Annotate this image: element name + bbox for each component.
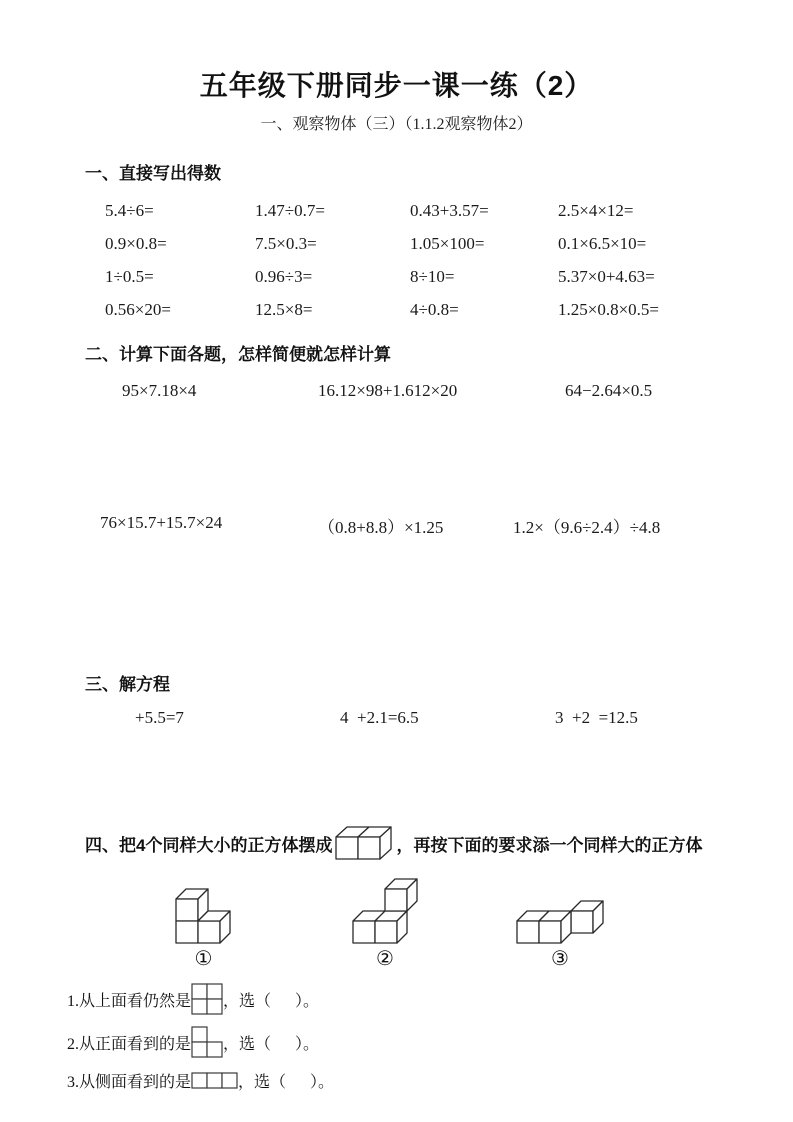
section1-heading: 一、直接写出得数 <box>0 159 793 184</box>
page-title: 五年级下册同步一课一练（2） <box>0 64 793 104</box>
oral-calc-grid: 5.4÷6= 1.47÷0.7= 0.43+3.57= 2.5×4×12= 0.… <box>105 194 793 326</box>
cube-option-2: ② <box>352 878 418 969</box>
view-questions: 1.从上面看仍然是 ，选（ ）。 2.从正面看到的是 ，选（ ）。 3.从侧面看… <box>0 983 793 1092</box>
oral-problem: 2.5×4×12= <box>558 194 793 227</box>
cube-figure-1-icon <box>175 882 232 944</box>
question-1-text: 1.从上面看仍然是 <box>67 988 191 1011</box>
oral-problem: 8÷10= <box>410 260 558 293</box>
oral-problem: 1÷0.5= <box>105 260 255 293</box>
oral-problem: 0.1×6.5×10= <box>558 227 793 260</box>
cube-options-row: ① ② <box>0 878 793 969</box>
section2-heading: 二、计算下面各题，怎样简便就怎样计算 <box>0 340 793 365</box>
section4-heading-prefix: 四、把4个同样大小的正方体摆成 <box>85 831 332 856</box>
question-3-text: 3.从侧面看到的是 <box>67 1069 191 1092</box>
calc-problem: 1.2×（9.6÷2.4）÷4.8 <box>513 513 793 538</box>
calc-problem: 16.12×98+1.612×20 <box>318 381 565 401</box>
figure-label-2: ② <box>376 949 394 969</box>
oral-problem: 12.5×8= <box>255 293 410 326</box>
calc-problem: 76×15.7+15.7×24 <box>100 513 318 538</box>
question-1: 1.从上面看仍然是 ，选（ ）。 <box>67 983 793 1015</box>
equations-row: +5.5=7 4 +2.1=6.5 3 +2 =12.5 <box>135 708 793 728</box>
section4-heading-suffix: ，再按下面的要求添一个同样大的正方体 <box>396 831 702 856</box>
oral-problem: 1.47÷0.7= <box>255 194 410 227</box>
section3-heading: 三、解方程 <box>0 670 793 695</box>
figure-label-3: ③ <box>551 949 569 969</box>
oral-problem: 7.5×0.3= <box>255 227 410 260</box>
question-2-choice-blank: ，选（ ）。 <box>223 1031 319 1054</box>
four-cube-block-icon <box>335 824 393 862</box>
question-3-choice-blank: ，选（ ）。 <box>238 1069 334 1092</box>
calc-problem: 95×7.18×4 <box>122 381 318 401</box>
oral-problem: 1.05×100= <box>410 227 558 260</box>
oral-problem: 0.43+3.57= <box>410 194 558 227</box>
calc-problem: 64−2.64×0.5 <box>565 381 793 401</box>
oral-problem: 0.9×0.8= <box>105 227 255 260</box>
calc-problem: （0.8+8.8）×1.25 <box>318 513 513 538</box>
figure-label-1: ① <box>195 949 213 969</box>
question-3: 3.从侧面看到的是 ，选（ ）。 <box>67 1069 793 1092</box>
page-subtitle: 一、观察物体（三）（1.1.2观察物体2） <box>0 111 793 134</box>
cube-option-3: ③ <box>516 898 604 969</box>
top-view-2x2-grid-icon <box>191 983 223 1015</box>
question-2: 2.从正面看到的是 ，选（ ）。 <box>67 1026 793 1058</box>
oral-problem: 0.96÷3= <box>255 260 410 293</box>
oral-problem: 0.56×20= <box>105 293 255 326</box>
section4-heading: 四、把4个同样大小的正方体摆成 ，再按下面的要求添一个同样大的正方体 <box>0 824 793 862</box>
oral-problem: 1.25×0.8×0.5= <box>558 293 793 326</box>
oral-problem: 4÷0.8= <box>410 293 558 326</box>
question-1-choice-blank: ，选（ ）。 <box>223 988 319 1011</box>
simplify-calc-row-1: 95×7.18×4 16.12×98+1.612×20 64−2.64×0.5 <box>122 381 793 401</box>
oral-problem: 5.4÷6= <box>105 194 255 227</box>
oral-problem: 5.37×0+4.63= <box>558 260 793 293</box>
cube-option-1: ① <box>175 882 232 969</box>
cube-figure-2-icon <box>352 878 418 944</box>
side-view-row3-icon <box>191 1072 238 1089</box>
simplify-calc-row-2: 76×15.7+15.7×24 （0.8+8.8）×1.25 1.2×（9.6÷… <box>100 513 793 538</box>
cube-figure-3-icon <box>516 898 604 944</box>
worksheet-page: 五年级下册同步一课一练（2） 一、观察物体（三）（1.1.2观察物体2） 一、直… <box>0 0 793 1122</box>
equation: 3 +2 =12.5 <box>555 708 793 728</box>
front-view-L-shape-icon <box>191 1026 223 1058</box>
equation: 4 +2.1=6.5 <box>340 708 555 728</box>
question-2-text: 2.从正面看到的是 <box>67 1031 191 1054</box>
equation: +5.5=7 <box>135 708 340 728</box>
